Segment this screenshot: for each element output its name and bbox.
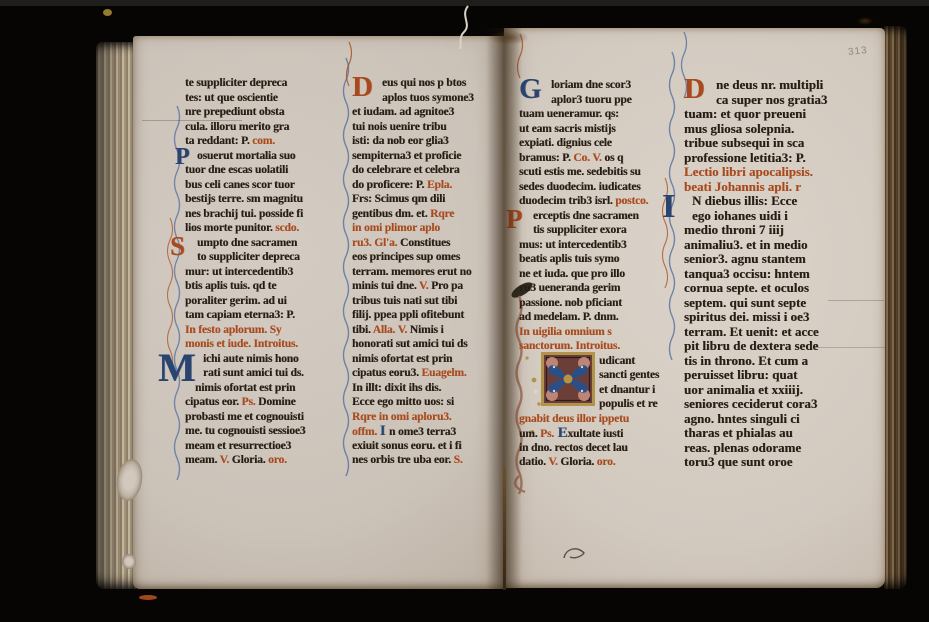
manuscript-text-line: monis et iude. Introitus. [185,337,331,352]
manuscript-text-line: eos principes sup omes [352,250,498,265]
manuscript-text-line: sedes duodecim. iudicates [519,180,667,195]
manuscript-text-line: beati Johannis apli. r [684,180,878,195]
bookmark-thread [452,6,478,50]
manuscript-text-line: lios morte punitor. scdo. [185,221,331,236]
manuscript-text-line: senior3. agnu stantem [684,252,878,267]
parchment-crease [828,300,884,301]
parchment-hole [122,554,136,569]
decorated-initial-I: I [662,192,675,223]
stain [103,9,112,16]
manuscript-text-line: spiritus dei. missi i oe3 [684,310,878,325]
manuscript-text-line: duodecim trib3 isrl. postco. [519,194,667,209]
manuscript-text-line: tam capiam eterna3: P. [185,308,331,323]
manuscript-text-line: bus celi canes scor tuor [185,178,331,193]
manuscript-text-line: meam. V. Gloria. oro. [185,453,331,468]
folio-number: 313 [847,45,868,58]
manuscript-text-line: minis tui dne. V. Pro pa [352,279,498,294]
manuscript-text-line: ru3. Gl'a. Constitues [352,236,498,251]
manuscript-text-line: tuor dne escas uolatili [185,163,331,178]
manuscript-text-line: peruisset libru: quat [684,368,878,383]
manuscript-text-line: nes brachij tui. posside fi [185,207,331,222]
manuscript-text-line: expiati. dignius cele [519,136,667,151]
manuscript-text-line: Rqre in omi aploru3. [352,410,498,425]
text-column-left-2: eus qui nos p btosaplos tuos symone3et i… [352,76,498,468]
parchment-crease [815,347,885,348]
manuscript-text-line: reas. plenas odorame [684,441,878,456]
manuscript-text-line: tui nois uenire tribu [352,120,498,135]
manuscript-text-line: seniores ceciderut cora3 [684,397,878,412]
manuscript-text-line: aplos tuos symone3 [352,91,498,106]
manuscript-text-line: cipatus eor. Ps. Domine [185,395,331,410]
manuscript-text-line: scuti estis me. sedebitis su [519,165,667,180]
manuscript-text-line: um. Ps. Exultate iusti [519,426,667,441]
manuscript-text-line: cornua septe. et oculos [684,281,878,296]
decorated-initial-D: D [684,76,705,102]
manuscript-text-line: gnabit deus illor ippetu [519,412,667,427]
manuscript-text-line: passione. nob pficiant [519,296,667,311]
manuscript-text-line: ru3 ueneranda gerim [519,281,667,296]
manuscript-text-line: Frs: Scimus qm dili [352,192,498,207]
decorated-initial-P: P [175,147,189,169]
manuscript-text-line: In festo aplorum. Sy [185,323,331,338]
manuscript-text-line: ut eam sacris mistijs [519,122,667,137]
manuscript-text-line: eus qui nos p btos [352,76,498,91]
manuscript-text-line: probasti me et cognouisti [185,410,331,425]
stain [857,17,873,25]
manuscript-text-line: exiuit sonus eoru. et i fi [352,439,498,454]
manuscript-text-line: N diebus illis: Ecce [684,194,878,209]
manuscript-text-line: professione letitia3: P. [684,151,878,166]
manuscript-text-line: osuerut mortalia suo [185,149,331,164]
manuscript-text-line: erceptis dne sacramen [519,209,667,224]
manuscript-text-line: poraliter gerim. ad ui [185,294,331,309]
manuscript-text-line: in omi plimor aplo [352,221,498,236]
text-column-right-1: loriam dne scor3aplor3 tuoru ppetuam uen… [519,78,667,470]
manuscript-text-line: do celebrare et celebra [352,163,498,178]
manuscript-text-line: nes orbis tre uba eor. S. [352,453,498,468]
manuscript-text-line: ne deus nr. multipli [684,78,878,93]
illuminated-initial [541,352,595,406]
manuscript-text-line: medio throni 7 iiij [684,223,878,238]
manuscript-text-line: mus: ut intercedentib3 [519,238,667,253]
pen-flourish-intercolumn [340,58,352,470]
manuscript-text-line: sempiterna3 et proficie [352,149,498,164]
manuscript-text-line: meam et resurrectioe3 [185,439,331,454]
left-page: te suppliciter deprecates: ut que oscien… [133,36,504,589]
manuscript-text-line: in dno. rectos decet lau [519,441,667,456]
manuscript-text-line: offm. I n ome3 terra3 [352,424,498,439]
stain [489,30,529,45]
parchment-crease [142,120,242,121]
pen-flourish-top-col2 [680,32,690,78]
manuscript-text-line: In illt: dixit ihs dis. [352,381,498,396]
manuscript-text-line: toru3 que sunt oroe [684,455,878,470]
manuscript-text-line: septem. qui sunt septe [684,296,878,311]
manuscript-text-line: tis in throno. Et cum a [684,354,878,369]
manuscript-text-line: tes: ut que oscientie [185,91,331,106]
manuscript-text-line: tuam: et quor preueni [684,107,878,122]
manuscript-text-line: btis aplis tuis. qd te [185,279,331,294]
manuscript-text-line: tribue subsequi in sca [684,136,878,151]
ink-smudge [139,595,157,600]
manuscript-text-line: ta reddant: P. com. [185,134,331,149]
text-column-right-2: ne deus nr. multiplica super nos gratia3… [684,78,878,470]
manuscript-text-line: In uigilia omnium s [519,325,667,340]
page-edges-left [96,42,136,589]
manuscript-text-line: honorati sut amici tui ds [352,337,498,352]
manuscript-text-line: tibi. Alla. V. Nimis i [352,323,498,338]
manuscript-text-line: gentibus dm. et. Rqre [352,207,498,222]
manuscript-text-line: tanqua3 occisu: hntem [684,267,878,282]
manuscript-text-line: uor animalia et xxiiij. [684,383,878,398]
manuscript-text-line: et iudam. ad agnitoe3 [352,105,498,120]
page-edges-right [884,26,907,589]
manuscript-text-line: filij. ppea ppli ofitebunt [352,308,498,323]
manuscript-text-line: tis suppliciter exora [519,223,667,238]
decorated-initial-D: D [352,74,373,100]
manuscript-text-line: rati sunt amici tui ds. [185,366,331,381]
manuscript-text-line: ichi aute nimis hono [185,352,331,367]
manuscript-text-line: cula. illoru merito gra [185,120,331,135]
manuscript-text-line: animaliu3. et in medio [684,238,878,253]
manuscript-text-line: do proficere: P. Epla. [352,178,498,193]
manuscript-text-line: terram. Et uenit: et acce [684,325,878,340]
manuscript-text-line: tribus tuis nati sut tibi [352,294,498,309]
manuscript-text-line: isti: da nob eor glia3 [352,134,498,149]
manuscript-text-line: beatis aplis tuis symo [519,252,667,267]
manuscript-text-line: te suppliciter depreca [185,76,331,91]
gutter-crease [503,468,506,590]
text-column-left-1: te suppliciter deprecates: ut que oscien… [185,76,331,468]
manuscript-text-line: mur: ut intercedentib3 [185,265,331,280]
manuscript-text-line: Ecce ego mitto uos: si [352,395,498,410]
manuscript-text-line: agno. hntes singuli ci [684,412,878,427]
manuscript-text-line: terram. memores erut no [352,265,498,280]
manuscript-text-line: tharas et phialas au [684,426,878,441]
manuscript-text-line: to suppliciter depreca [185,250,331,265]
manuscript-text-line: tuam ueneramur. qs: [519,107,667,122]
manuscript-text-line: ego iohanes uidi i [684,209,878,224]
manuscript-text-line: ad medelam. P. dnm. [519,310,667,325]
manuscript-text-line: me. tu cognouisti sessioe3 [185,424,331,439]
manuscript-text-line: mus gliosa solepnia. [684,122,878,137]
manuscript-text-line: umpto dne sacramen [185,236,331,251]
manuscript-text-line: bestijs terre. sm magnitu [185,192,331,207]
manuscript-text-line: datio. V. Gloria. oro. [519,455,667,470]
decorated-initial-S: S [170,234,185,258]
manuscript-text-line: nimis ofortat est prin [185,381,331,396]
manuscript-text-line: ne et iuda. que pro illo [519,267,667,282]
decorated-initial-G: G [519,76,541,102]
manuscript-text-line: Lectio libri apocalipsis. [684,165,878,180]
manuscript-text-line: nimis ofortat est prin [352,352,498,367]
manuscript-text-line: cipatus eoru3. Euagelm. [352,366,498,381]
manuscript-text-line: bramus: P. Co. V. os q [519,151,667,166]
manuscript-text-line: nre prepediunt obsta [185,105,331,120]
pen-mark [562,545,588,563]
manuscript-text-line: ca super nos gratia3 [684,93,878,108]
right-page: loriam dne scor3aplor3 tuoru ppetuam uen… [504,28,885,588]
decorated-initial-M: M [158,350,196,386]
